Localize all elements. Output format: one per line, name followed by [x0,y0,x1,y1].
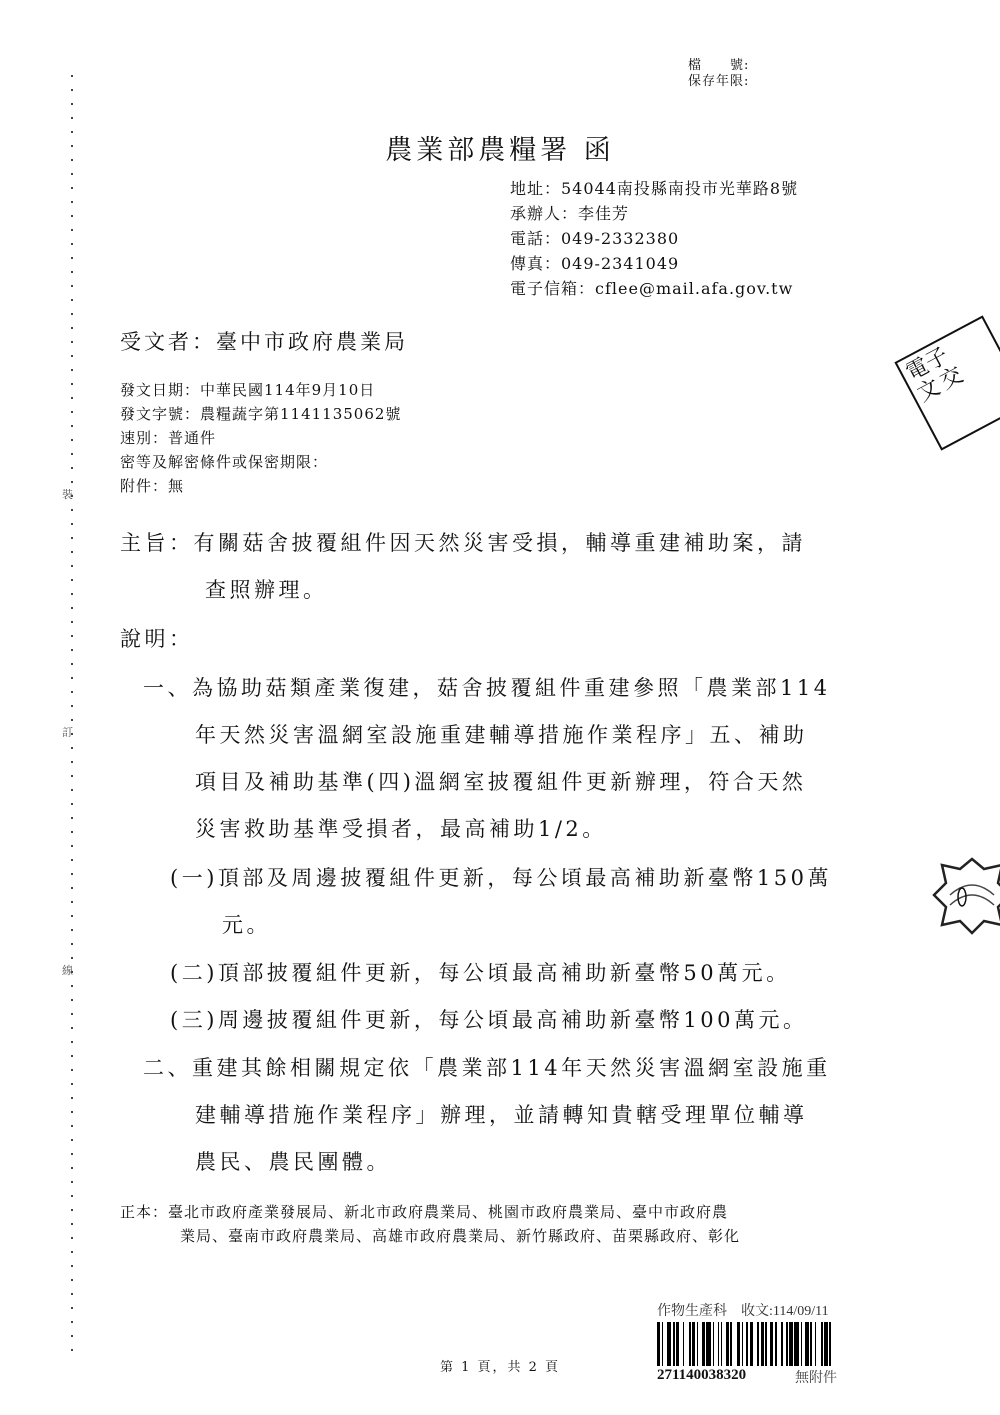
binding-dot [71,719,73,721]
binding-dot [71,579,73,581]
item-2-line-1: 二、重建其餘相關規定依「農業部114年天然災害溫網室設施重 [143,1052,831,1082]
binding-dot [71,1181,73,1183]
binding-dot [71,509,73,511]
binding-dot [71,677,73,679]
binding-dot [71,1209,73,1211]
binding-dot [71,845,73,847]
binding-dot [71,1307,73,1309]
item-2-line-3: 農民、農民團體。 [195,1146,391,1176]
seal-stamp-icon [932,855,1000,935]
binding-dot [71,565,73,567]
binding-dot [71,271,73,273]
binding-dot [71,1195,73,1197]
binding-dot [71,649,73,651]
binding-mark-xian: 線 [62,962,73,978]
binding-dot [71,537,73,539]
sub-item-1-line-1: (一)頂部及周邊披覆組件更新，每公頃最高補助新臺幣150萬 [170,862,832,892]
attachments: 附件：無 [120,474,401,498]
binding-dot [71,313,73,315]
item-1-line-2: 年天然災害溫網室設施重建輔導措施作業程序」五、補助 [195,719,808,749]
binding-dot [71,761,73,763]
binding-dot [71,999,73,1001]
handler: 承辦人：李佳芳 [510,201,798,226]
binding-dot [71,831,73,833]
binding-dot [71,201,73,203]
document-title: 農業部農糧署 函 [0,128,1000,167]
electronic-exchange-stamp: 電子 文 交 [894,315,1000,450]
binding-dot [71,299,73,301]
item-2-line-2: 建輔導措施作業程序」辦理，並請轉知貴轄受理單位輔導 [195,1099,808,1129]
binding-dot [71,1153,73,1155]
binding-dot [71,229,73,231]
sub-item-2: (二)頂部披覆組件更新，每公頃最高補助新臺幣50萬元。 [170,957,791,987]
binding-dot [71,593,73,595]
fax: 傳真：049-2341049 [510,251,798,276]
binding-dot [71,663,73,665]
binding-dot [71,1251,73,1253]
sub-item-1-line-2: 元。 [222,909,271,939]
contact-block: 地址：54044南投縣南投市光華路8號 承辦人：李佳芳 電話：049-23323… [510,176,798,301]
binding-dot [71,523,73,525]
file-meta: 檔 號: 保存年限: [688,58,749,90]
binding-dot [71,1167,73,1169]
binding-dot [71,89,73,91]
binding-dot [71,355,73,357]
binding-dot [71,705,73,707]
speed-class: 速別：普通件 [120,426,401,450]
retention-label: 保存年限: [688,74,749,90]
binding-mark-zhuang: 裝 [62,486,73,502]
binding-dot [71,1055,73,1057]
document-meta: 發文日期：中華民國114年9月10日 發文字號：農糧蔬字第1141135062號… [120,378,401,498]
binding-dot [71,1027,73,1029]
binding-dot [71,215,73,217]
binding-dot [71,1349,73,1351]
binding-dot [71,411,73,413]
binding-dot [71,257,73,259]
binding-dot [71,369,73,371]
subject-line-2: 查照辦理。 [205,574,328,604]
binding-dot [71,957,73,959]
binding-dot [71,1125,73,1127]
file-number-label: 檔 號: [688,58,749,74]
binding-dot [71,1279,73,1281]
binding-dot [71,117,73,119]
issue-date: 發文日期：中華民國114年9月10日 [120,378,401,402]
binding-dot [71,1097,73,1099]
cc-line-1: 正本：臺北市政府產業發展局、新北市政府農業局、桃園市政府農業局、臺中市政府農 [120,1200,740,1224]
binding-dotted-line [68,75,78,1355]
binding-dot [71,1265,73,1267]
binding-dot [71,929,73,931]
binding-dot [71,607,73,609]
binding-dot [71,439,73,441]
binding-dot [71,887,73,889]
page-number: 第 1 頁，共 2 頁 [0,1356,1000,1375]
binding-dot [71,551,73,553]
binding-dot [71,173,73,175]
sub-item-3: (三)周邊披覆組件更新，每公頃最高補助新臺幣100萬元。 [170,1004,807,1034]
binding-dot [71,775,73,777]
binding-dot [71,467,73,469]
item-1-line-3: 項目及補助基準(四)溫網室披覆組件更新辦理，符合天然 [195,766,806,796]
item-1-line-1: 一、為協助菇類產業復建，菇舍披覆組件重建參照「農業部114 [143,672,831,702]
address: 地址：54044南投縣南投市光華路8號 [510,176,798,201]
item-1-line-4: 災害救助基準受損者，最高補助1/2。 [195,813,607,843]
carbon-copy-list: 正本：臺北市政府產業發展局、新北市政府農業局、桃園市政府農業局、臺中市政府農 業… [120,1200,740,1248]
binding-dot [71,985,73,987]
binding-dot [71,691,73,693]
secrecy-level: 密等及解密條件或保密期限： [120,450,401,474]
binding-dot [71,383,73,385]
binding-dot [71,341,73,343]
binding-dot [71,1013,73,1015]
binding-dot [71,621,73,623]
binding-dot [71,915,73,917]
binding-dot [71,1237,73,1239]
binding-mark-ding: 訂 [62,724,73,740]
subject-line-1: 主旨：有關菇舍披覆組件因天然災害受損，輔導重建補助案，請 [120,527,806,557]
binding-dot [71,635,73,637]
binding-dot [71,1139,73,1141]
binding-dot [71,425,73,427]
document-number: 發文字號：農糧蔬字第1141135062號 [120,402,401,426]
binding-dot [71,943,73,945]
binding-dot [71,187,73,189]
phone: 電話：049-2332380 [510,226,798,251]
binding-dot [71,481,73,483]
binding-dot [71,803,73,805]
binding-dot [71,243,73,245]
explanation-label: 說明： [120,623,194,653]
binding-dot [71,1041,73,1043]
binding-dot [71,453,73,455]
binding-dot [71,1083,73,1085]
binding-dot [71,397,73,399]
binding-dot [71,103,73,105]
binding-dot [71,1293,73,1295]
binding-dot [71,1335,73,1337]
binding-dot [71,1321,73,1323]
binding-dot [71,75,73,77]
recipient: 受文者：臺中市政府農業局 [120,326,408,356]
binding-dot [71,901,73,903]
binding-dot [71,285,73,287]
binding-dot [71,1111,73,1113]
binding-dot [71,817,73,819]
binding-dot [71,789,73,791]
cc-line-2: 業局、臺南市政府農業局、高雄市政府農業局、新竹縣政府、苗栗縣政府、彰化 [120,1224,740,1248]
receipt-label: 作物生產科 收文:114/09/11 [657,1300,829,1320]
binding-dot [71,327,73,329]
binding-dot [71,1069,73,1071]
binding-dot [71,1223,73,1225]
binding-dot [71,747,73,749]
binding-dot [71,859,73,861]
binding-dot [71,873,73,875]
email: 電子信箱：cflee@mail.afa.gov.tw [510,276,798,301]
